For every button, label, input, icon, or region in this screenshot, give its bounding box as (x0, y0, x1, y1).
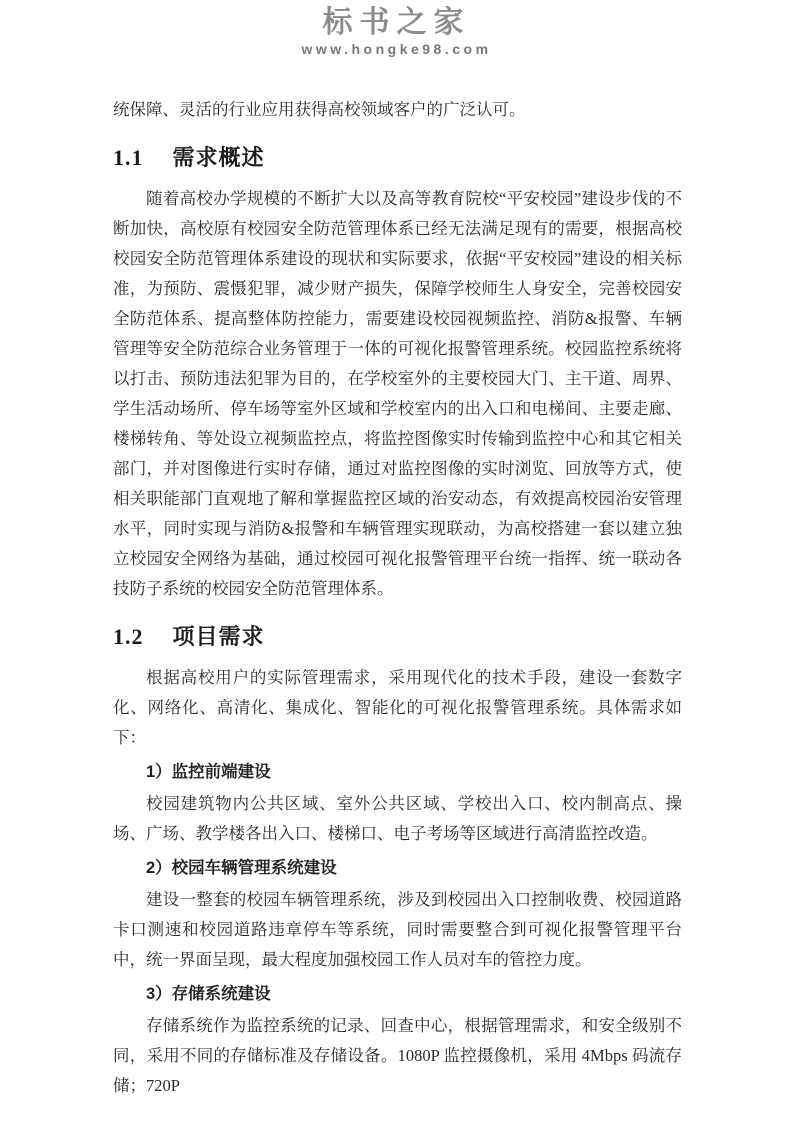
paragraph-continuation: 统保障、灵活的行业应用获得高校领域客户的广泛认可。 (113, 95, 682, 125)
section-number: 1.1 (113, 145, 144, 170)
logo-wordmark: 标书之家 (0, 7, 793, 39)
section-heading-1-1: 1.1需求概述 (113, 144, 682, 171)
item-body-2: 建设一整套的校园车辆管理系统，涉及到校园出入口控制收费、校园道路卡口测速和校园道… (113, 885, 682, 975)
section-title: 项目需求 (173, 624, 265, 649)
paragraph: 根据高校用户的实际管理需求，采用现代化的技术手段，建设一套数字化、网络化、高清化… (113, 663, 682, 753)
paragraph: 随着高校办学规模的不断扩大以及高等教育院校“平安校园”建设步伐的不断加快，高校原… (113, 184, 682, 604)
logo-url: www.hongke98.com (0, 41, 793, 57)
section-title: 需求概述 (173, 145, 265, 170)
letterhead: 标书之家 www.hongke98.com (0, 0, 793, 57)
section-heading-1-2: 1.2项目需求 (113, 623, 682, 650)
section-number: 1.2 (113, 624, 144, 649)
document-page: 标书之家 www.hongke98.com 统保障、灵活的行业应用获得高校领域客… (0, 0, 793, 1122)
item-heading-2: 2）校园车辆管理系统建设 (113, 853, 682, 883)
item-heading-1: 1）监控前端建设 (113, 757, 682, 787)
item-heading-3: 3）存储系统建设 (113, 979, 682, 1009)
item-body-3: 存储系统作为监控系统的记录、回查中心，根据管理需求，和安全级别不同，采用不同的存… (113, 1011, 682, 1101)
document-body: 统保障、灵活的行业应用获得高校领域客户的广泛认可。 1.1需求概述 随着高校办学… (113, 95, 682, 1101)
item-body-1: 校园建筑物内公共区域、室外公共区域、学校出入口、校内制高点、操场、广场、教学楼各… (113, 789, 682, 849)
